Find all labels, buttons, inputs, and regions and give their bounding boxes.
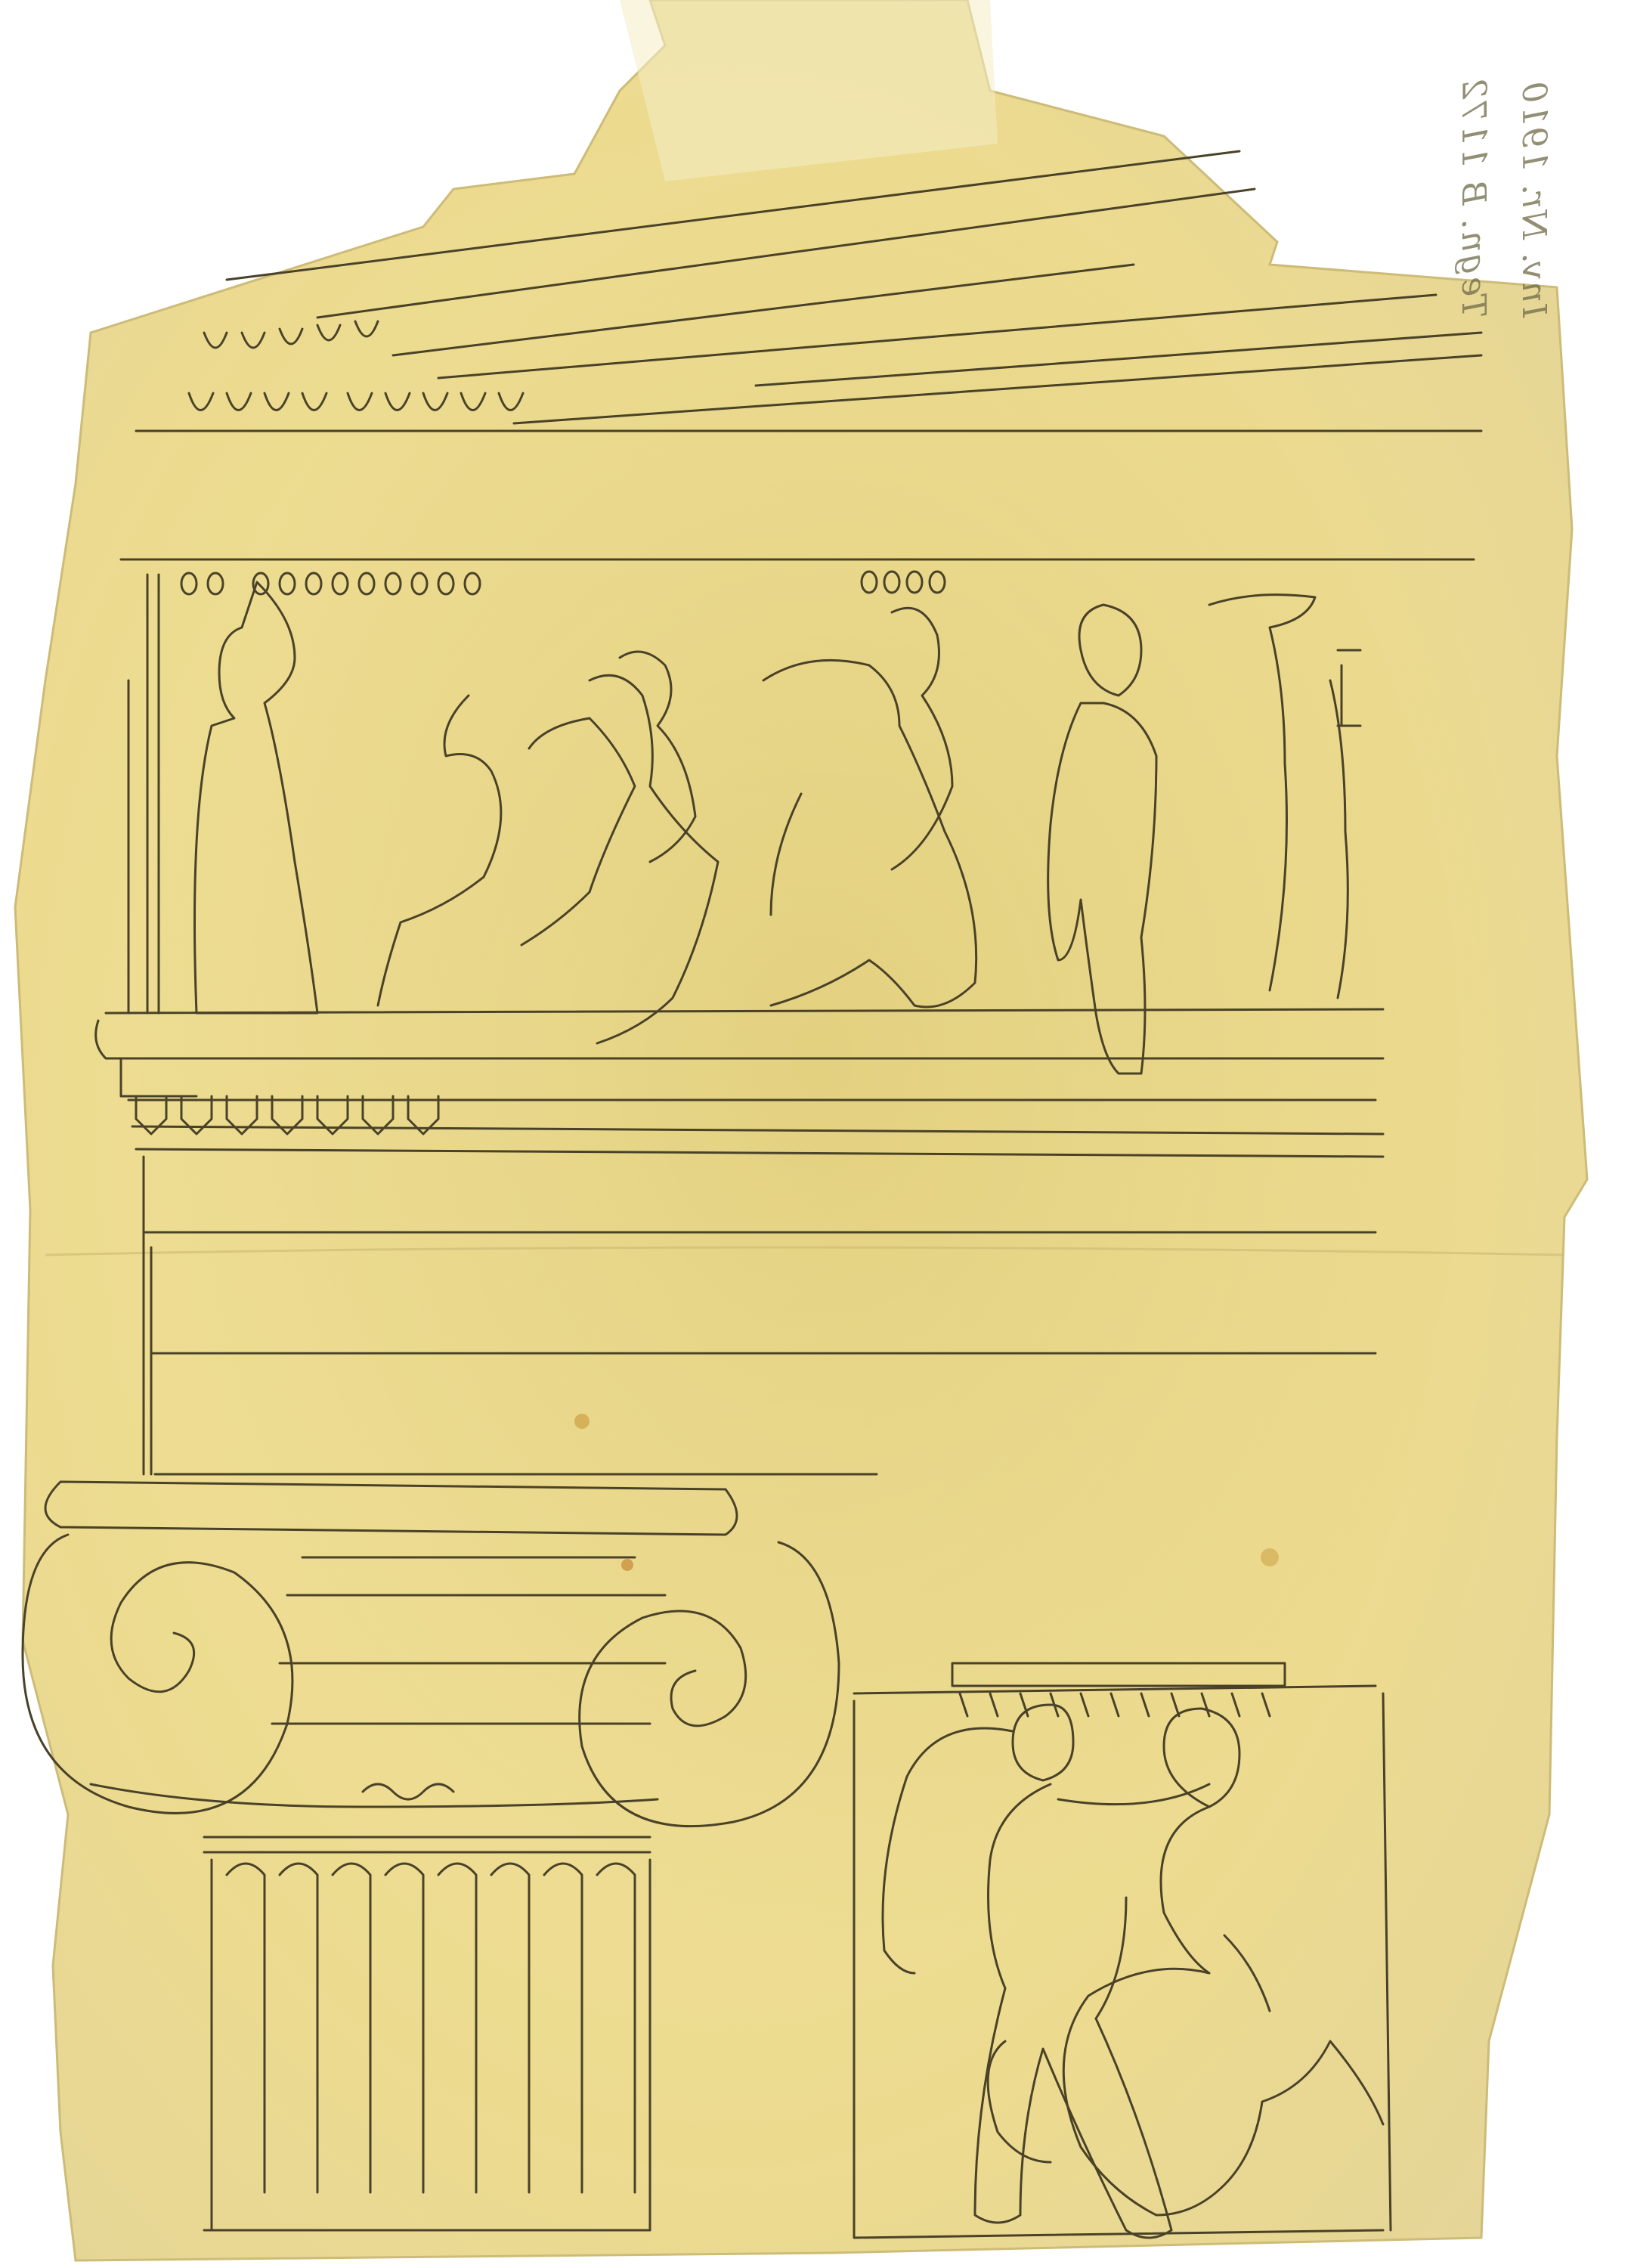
annotation-line-2: Tegn. B 1172 xyxy=(1454,76,1493,318)
drawing-sheet xyxy=(0,0,1634,2268)
sketch-artwork xyxy=(0,0,1634,2268)
annotation-line-1: Inv. Nr. 1910 xyxy=(1515,80,1553,318)
inventory-annotation: Inv. Nr. 1910 Tegn. B 1172 xyxy=(1440,318,1591,680)
